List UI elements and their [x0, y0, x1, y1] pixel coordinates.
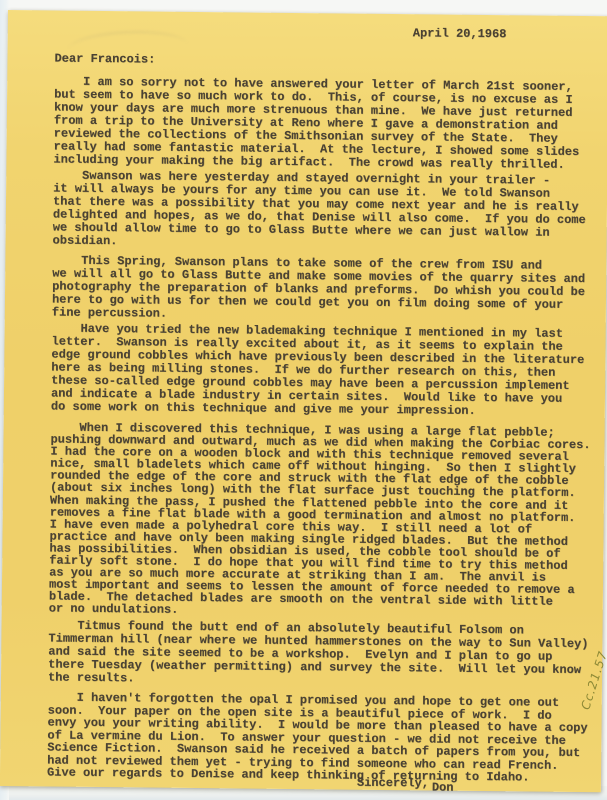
- letter-paragraph-4: Have you tried the new blademaking techn…: [51, 322, 585, 419]
- letter-paragraph-5: When I discovered this technique, I was …: [49, 421, 591, 620]
- letter-signature: Don: [432, 780, 454, 794]
- letter-closing: Sincerely,: [357, 776, 429, 791]
- scan-background: April 20,1968 Dear Francois: I am so sor…: [0, 0, 607, 800]
- letter-paragraph-3: This Spring, Swanson plans to take some …: [52, 254, 586, 325]
- letter-paper: April 20,1968 Dear Francois: I am so sor…: [0, 10, 607, 792]
- letter-paragraph-1: I am so sorry not to have answered your …: [53, 75, 580, 171]
- letter-date: April 20,1968: [413, 26, 507, 41]
- letter-paragraph-7: I haven't forgotten the opal I promised …: [47, 691, 588, 784]
- letter-paragraph-6: Titmus found the butt end of an absolute…: [48, 619, 589, 690]
- paper-smudge-mark: [67, 29, 188, 50]
- letter-salutation: Dear Francois:: [54, 51, 155, 66]
- letter-paragraph-2: Swanson was here yesterday and stayed ov…: [53, 169, 587, 253]
